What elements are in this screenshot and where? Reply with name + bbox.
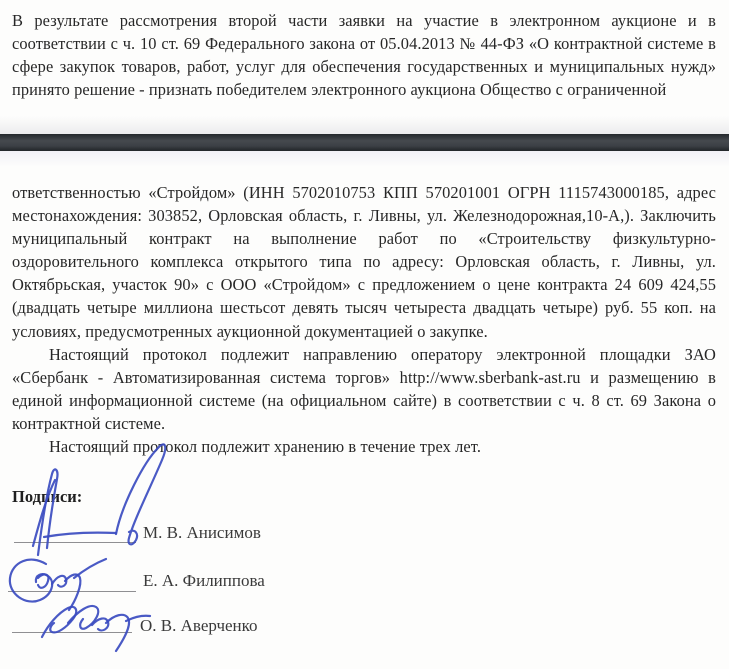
document-body: ответственностью «Стройдом» (ИНН 5702010… (12, 181, 716, 458)
signature-line-anisimov (14, 542, 136, 543)
paragraph-winner-details: ответственностью «Стройдом» (ИНН 5702010… (12, 181, 716, 343)
signer-name-averchenko: О. В. Аверченко (140, 616, 258, 636)
paragraph-protocol-storage: Настоящий протокол подлежит хранению в т… (12, 435, 716, 458)
signer-name-filippova: Е. А. Филиппова (143, 571, 265, 591)
paragraph-decision: В результате рассмотрения второй части з… (12, 9, 716, 101)
paragraph-protocol-publication: Настоящий протокол подлежит направлению … (12, 343, 716, 435)
signature-line-averchenko (12, 632, 132, 633)
paragraph-decision-text: В результате рассмотрения второй части з… (12, 9, 716, 101)
scan-artifact-band (0, 134, 729, 151)
scan-seam-shadow-top (0, 116, 729, 134)
scan-seam-shadow-bottom (0, 151, 729, 167)
scanned-protocol-document: В результате рассмотрения второй части з… (0, 0, 729, 669)
signatures-heading: Подписи: (12, 487, 82, 507)
signer-name-anisimov: М. В. Анисимов (143, 523, 261, 543)
signature-line-filippova (8, 591, 136, 592)
